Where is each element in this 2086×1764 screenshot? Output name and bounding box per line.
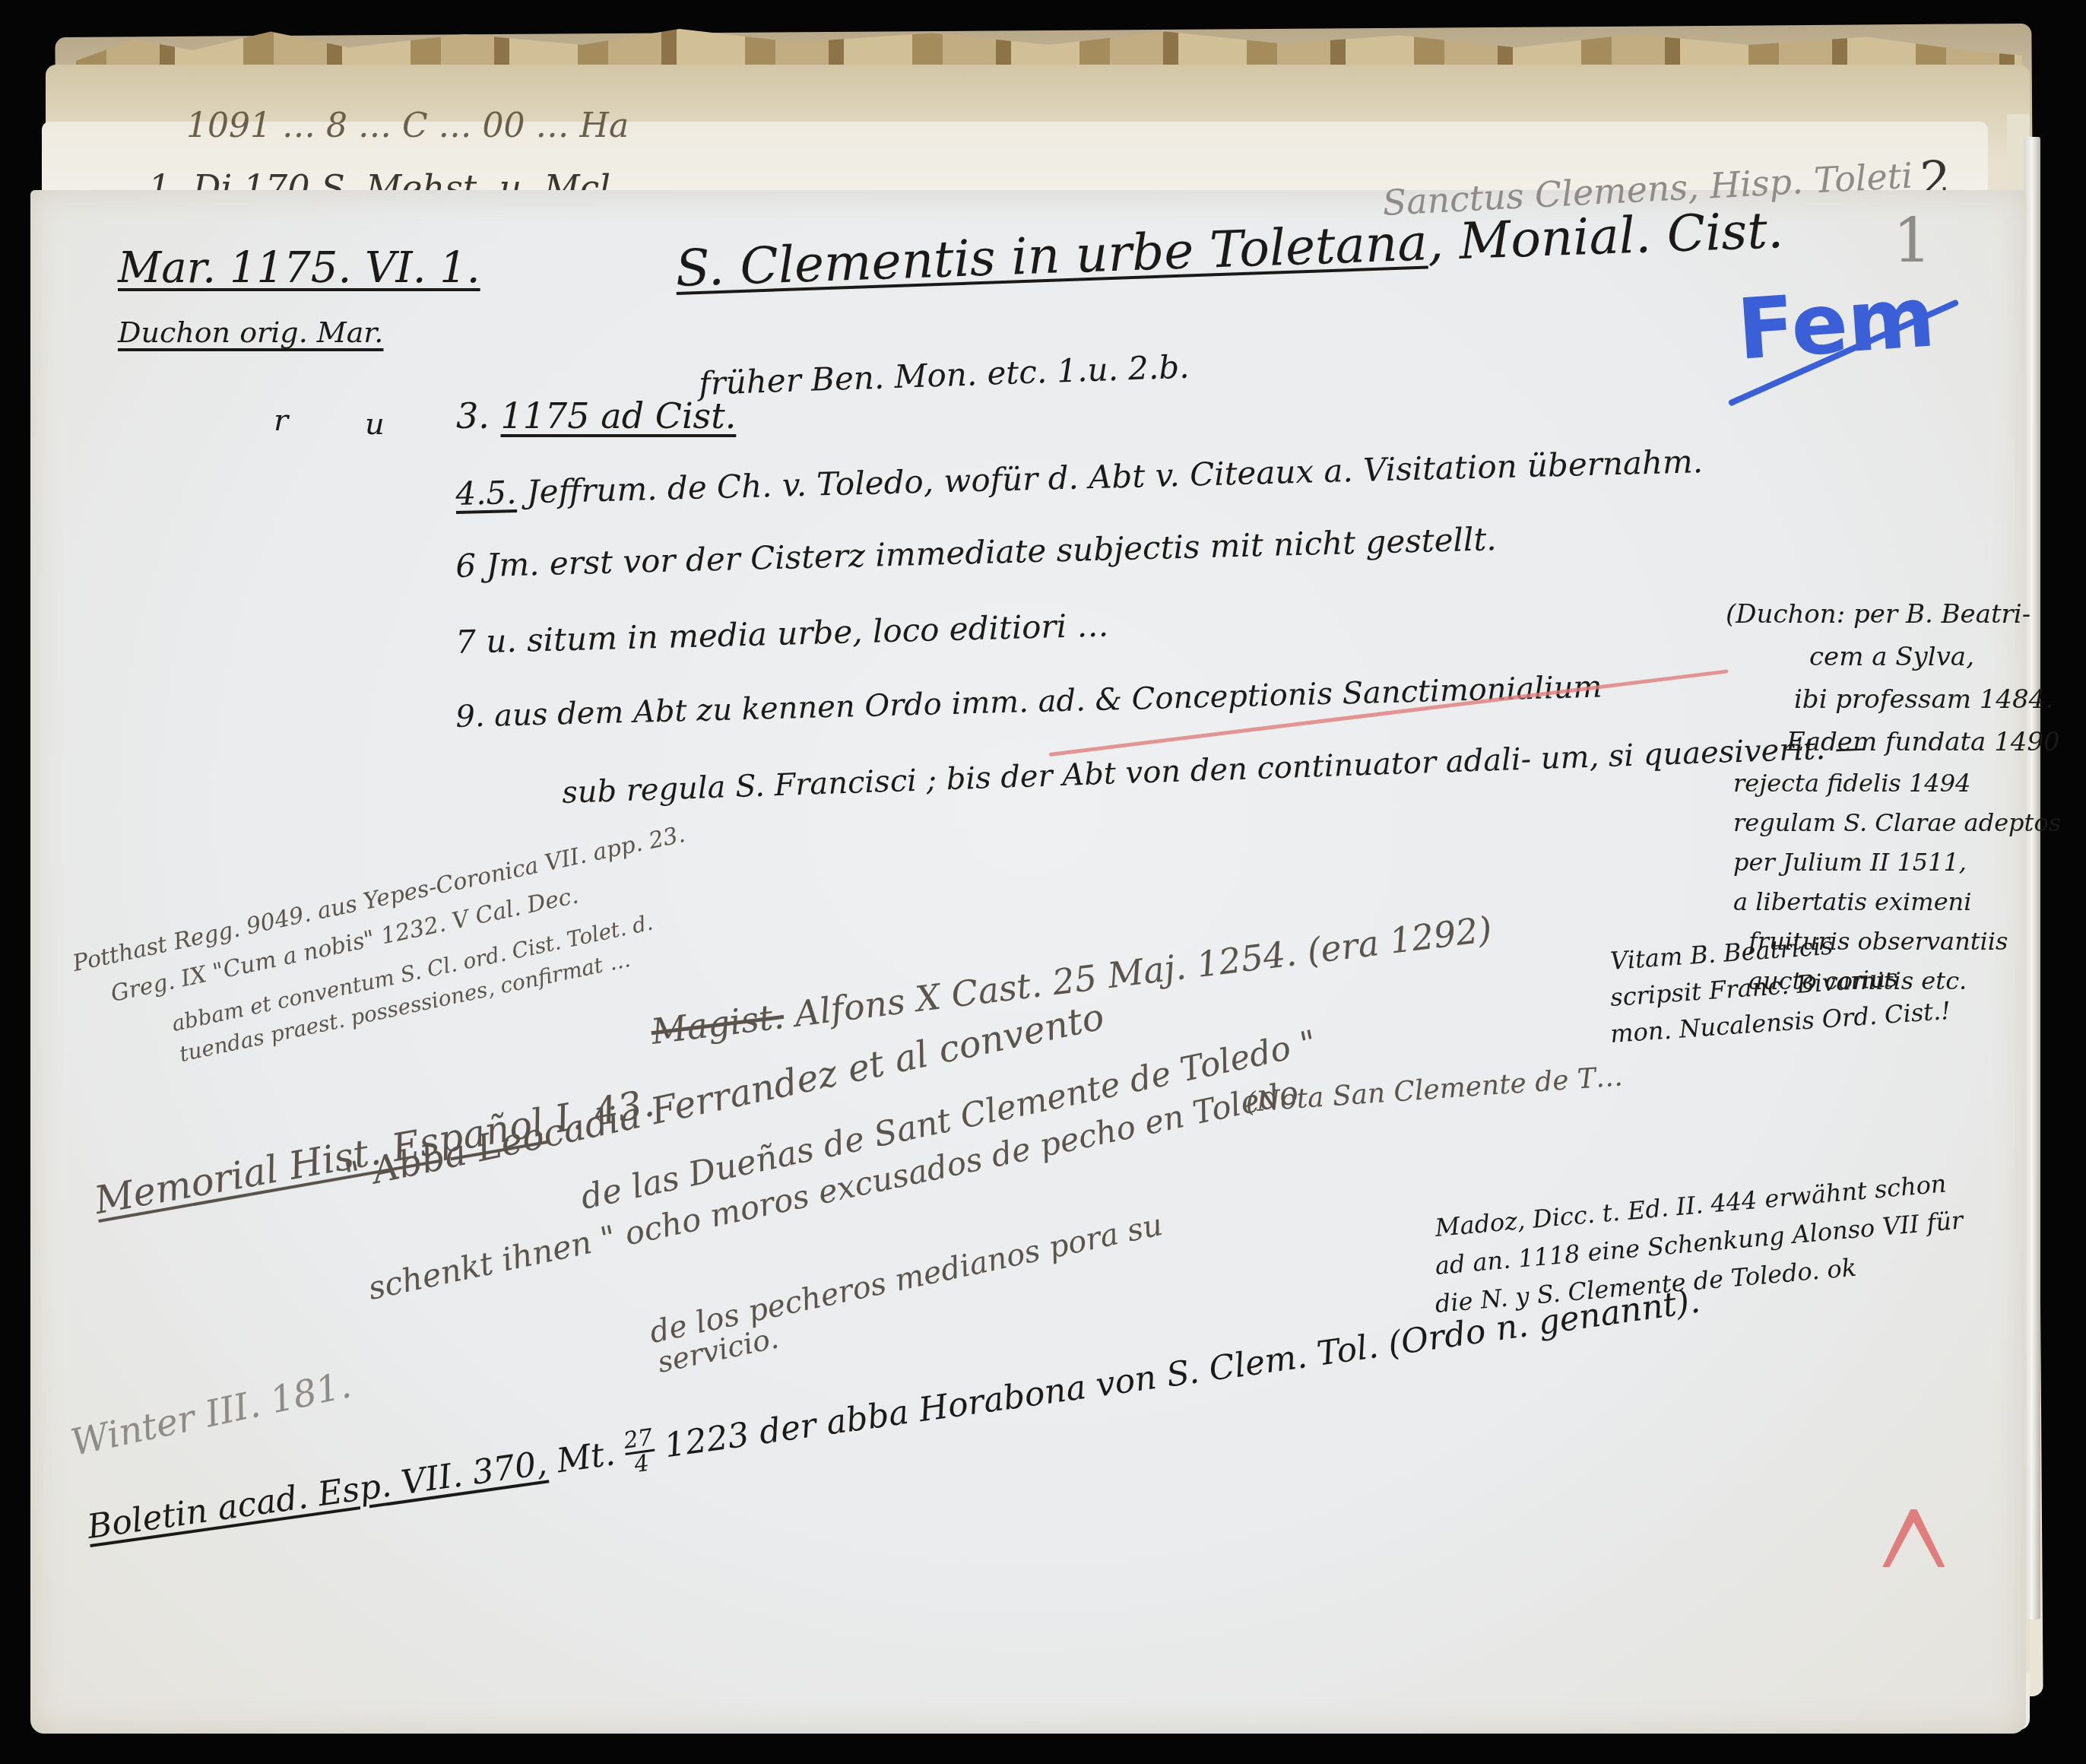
title-text: S. Clementis in urbe Toletana: [674, 214, 1428, 298]
pencil-winter-ref: Winter III. 181.: [67, 1363, 354, 1464]
right-note-line: cem a Sylva,: [1809, 636, 2015, 678]
note-4-5: 4.5. Jeffrum. de Ch. v. Toledo, wofür d.…: [455, 443, 1704, 512]
note-text: Jeffrum. de Ch. v. Toledo, wofür d. Abt …: [526, 443, 1704, 510]
margin-marker-r: r: [274, 403, 288, 438]
vita-note: Vitam B. Beatricis scripsit Franc. Bivar…: [1612, 943, 1953, 1052]
right-note-line: rejecta fidelis 1494: [1733, 763, 2015, 803]
memorial-line-1-text: Alfons X Cast. 25 Maj. 1254. (era 1292): [792, 909, 1494, 1035]
page-edge-white-strip: [2024, 137, 2040, 1620]
note-9-continued: sub regula S. Francisci ; bis der Abt vo…: [561, 730, 1866, 811]
right-note-line: per Julium II 1511,: [1733, 842, 2015, 882]
note-text: 1175 ad Cist.: [501, 395, 737, 436]
struck-word: Magist.: [648, 995, 786, 1052]
right-note-line: a libertatis eximeni: [1733, 882, 2015, 922]
right-note-line: (Duchon: per B. Beatri-: [1726, 593, 2015, 636]
right-note-line: regulam S. Clarae adeptos: [1733, 803, 2015, 842]
note-number: 4.5.: [455, 474, 517, 512]
note-number: 3.: [456, 395, 490, 436]
left-subnote: Duchon orig. Mar.: [118, 316, 383, 349]
note-6: 6 Jm. erst vor der Cisterz immediate sub…: [455, 520, 1497, 585]
memorial-aside: (Nota San Clemente de T…: [1244, 1061, 1624, 1118]
fraction-bottom: 4: [626, 1451, 658, 1478]
right-note-line: Eadem fundata 1490: [1786, 721, 2015, 763]
mt-prefix: Mt.: [554, 1434, 617, 1480]
bottom-reference: Boletin acad. Esp. VII. 370, Mt. 27 4 12…: [84, 1280, 1703, 1553]
page-number-1: 1: [1893, 205, 1932, 276]
boletin-ref: Boletin acad. Esp. VII. 370,: [85, 1444, 550, 1547]
note-text: u. situm in media urbe, loco editiori …: [486, 607, 1109, 660]
behind-page-line-1: 1091 … 8 … C … 00 … Ha: [186, 106, 629, 145]
subheading: früher Ben. Mon. etc. 1.u. 2.b.: [698, 347, 1190, 402]
note-number: 9.: [455, 699, 485, 734]
date-fraction: 27 4: [623, 1426, 658, 1478]
note-3: 3. 1175 ad Cist.: [456, 395, 736, 436]
card-title: S. Clementis in urbe Toletana, Monial. C…: [674, 201, 1784, 298]
note-7: 7 u. situm in media urbe, loco editiori …: [455, 607, 1109, 661]
note-number: 7: [455, 623, 477, 661]
margin-marker-u: u: [365, 407, 385, 442]
left-reference: Mar. 1175. VI. 1.: [118, 243, 480, 293]
right-note-line: ibi professam 1484.: [1794, 678, 2015, 721]
index-card: Mar. 1175. VI. 1. Duchon orig. Mar. S. C…: [30, 190, 2026, 1734]
note-text: Jm. erst vor der Cisterz immediate subje…: [486, 520, 1497, 584]
note-number: 6: [455, 547, 477, 585]
note-text: aus dem Abt zu kennen Ordo imm. ad. & Co…: [494, 670, 1603, 734]
note-9: 9. aus dem Abt zu kennen Ordo imm. ad. &…: [455, 670, 1603, 734]
red-caret-mark: ^: [1869, 1467, 1958, 1715]
